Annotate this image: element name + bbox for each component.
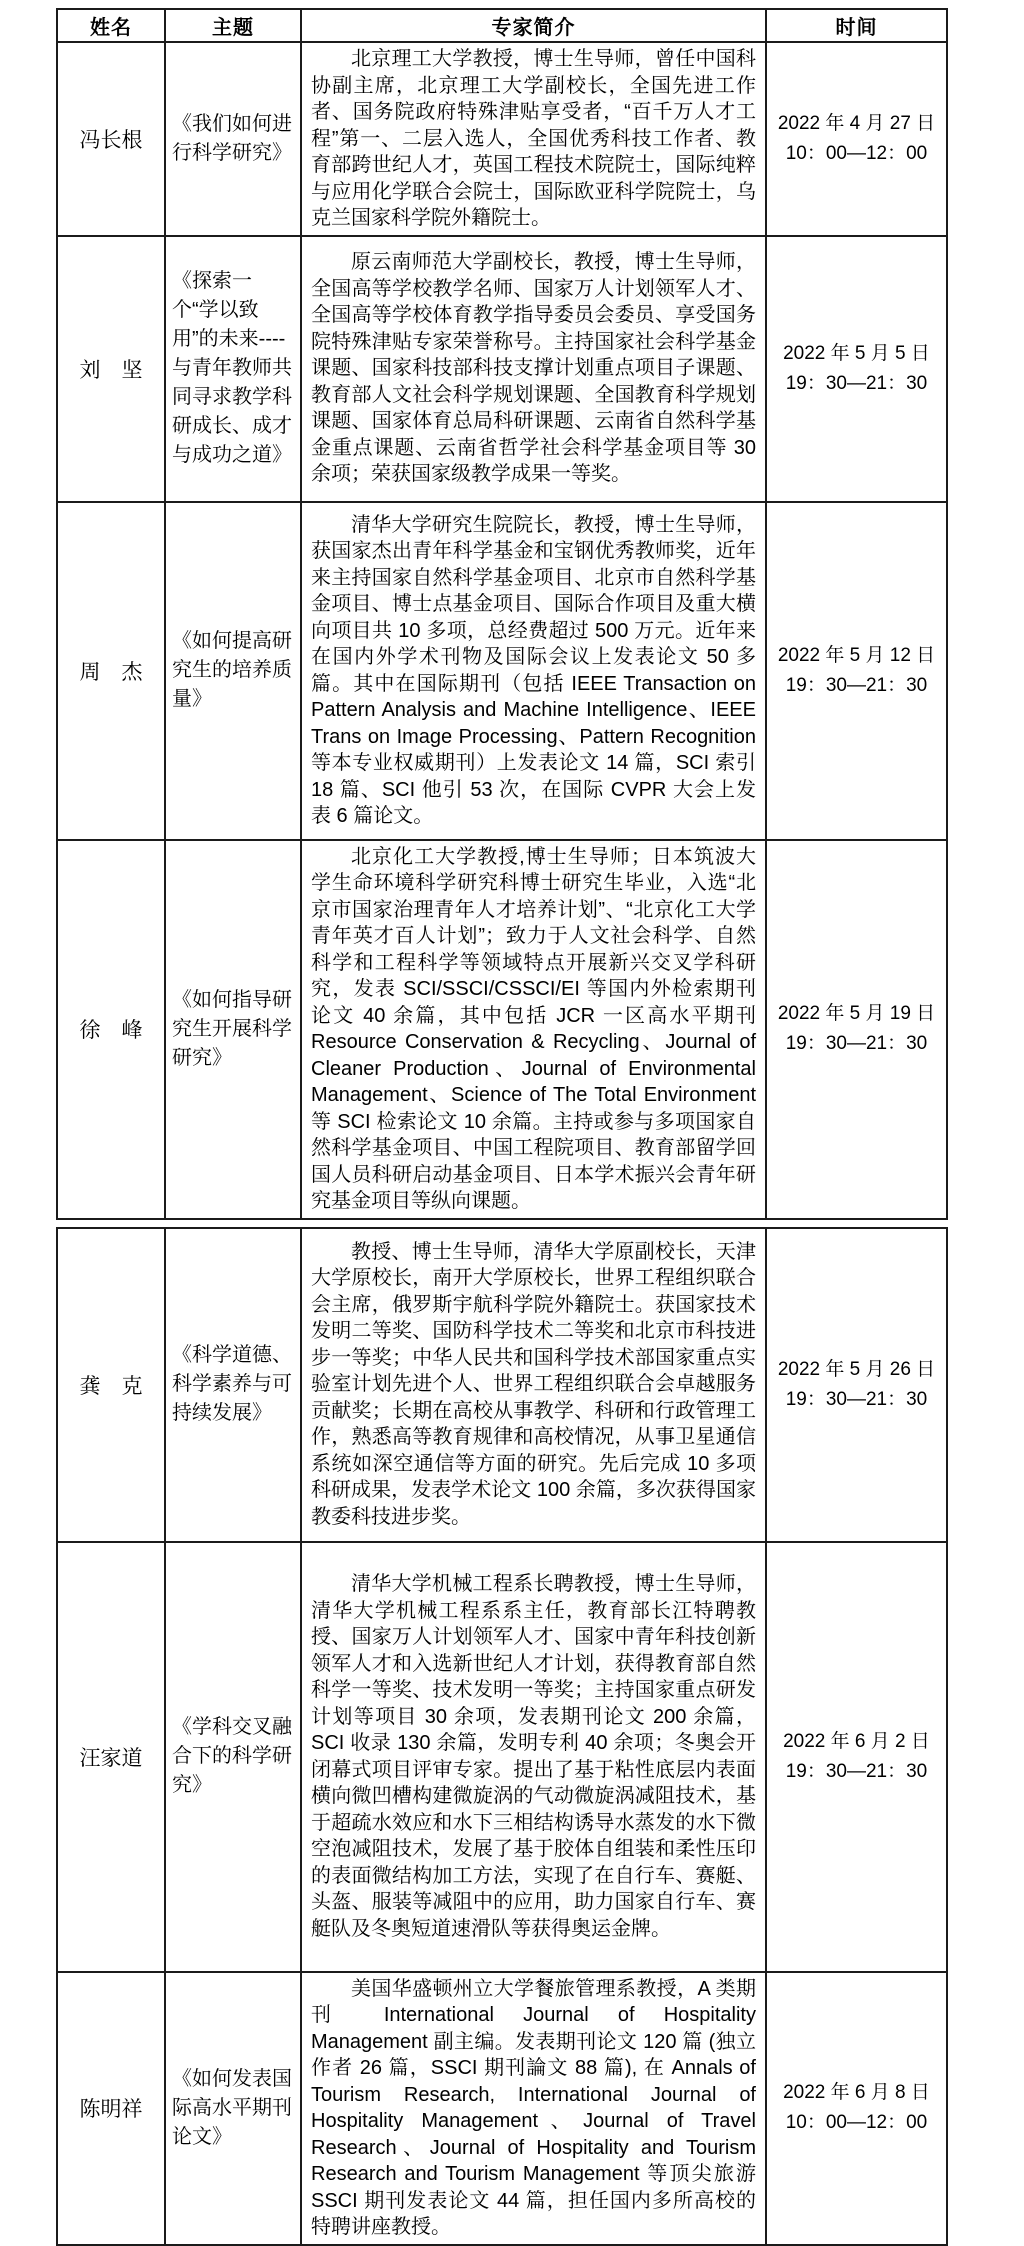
table-row: 汪家道 《学科交叉融合下的科学研究》 清华大学机械工程系长聘教授，博士生导师，清… [57,1542,947,1972]
schedule-table-wrapper: 姓名 主题 专家简介 时间 冯长根 《我们如何进行科学研究》 北京理工大学教授，… [56,8,946,2246]
name-cell: 汪家道 [57,1542,165,1972]
table-row: 冯长根 《我们如何进行科学研究》 北京理工大学教授，博士生导师，曾任中国科协副主… [57,42,947,236]
time-text: 19：30—21：30 [769,1385,944,1415]
intro-text: 原云南师范大学副校长，教授，博士生导师，全国高等学校教学名师、国家万人计划领军人… [311,249,756,488]
name-cell: 陈明祥 [57,1972,165,2245]
intro-cell: 北京化工大学教授,博士生导师；日本筑波大学生命环境科学研究科博士研究生毕业，入选… [301,840,766,1219]
document-page: 姓名 主题 专家简介 时间 冯长根 《我们如何进行科学研究》 北京理工大学教授，… [0,0,1024,2246]
time-text: 19：30—21：30 [769,1757,944,1787]
name-cell: 周 杰 [57,502,165,840]
intro-text: 清华大学研究生院院长，教授，博士生导师，获国家杰出青年科学基金和宝钢优秀教师奖，… [311,512,756,830]
intro-text: 北京化工大学教授,博士生导师；日本筑波大学生命环境科学研究科博士研究生毕业，入选… [311,844,756,1215]
intro-text: 北京理工大学教授，博士生导师，曾任中国科协副主席，北京理工大学副校长，全国先进工… [311,46,756,232]
intro-cell: 美国华盛顿州立大学餐旅管理系教授，A 类期刊 International Jou… [301,1972,766,2245]
intro-text: 美国华盛顿州立大学餐旅管理系教授，A 类期刊 International Jou… [311,1976,756,2241]
name-cell: 徐 峰 [57,840,165,1219]
time-cell: 2022 年 5 月 19 日 19：30—21：30 [766,840,947,1219]
topic-cell: 《学科交叉融合下的科学研究》 [165,1542,301,1972]
topic-cell: 《如何发表国际高水平期刊论文》 [165,1972,301,2245]
intro-text: 教授、博士生导师，清华大学原副校长，天津大学原校长，南开大学原校长，世界工程组织… [311,1239,756,1531]
date-text: 2022 年 6 月 2 日 [769,1727,944,1757]
name-cell: 刘 坚 [57,236,165,502]
name-cell: 龚 克 [57,1228,165,1542]
time-text: 19：30—21：30 [769,671,944,701]
table-row: 陈明祥 《如何发表国际高水平期刊论文》 美国华盛顿州立大学餐旅管理系教授，A 类… [57,1972,947,2245]
topic-cell: 《我们如何进行科学研究》 [165,42,301,236]
topic-cell: 《探索一个“学以致用”的未来----与青年教师共同寻求教学科研成长、成才与成功之… [165,236,301,502]
date-text: 2022 年 5 月 26 日 [769,1355,944,1385]
intro-cell: 原云南师范大学副校长，教授，博士生导师，全国高等学校教学名师、国家万人计划领军人… [301,236,766,502]
intro-text: 清华大学机械工程系长聘教授，博士生导师，清华大学机械工程系系主任，教育部长江特聘… [311,1571,756,1942]
time-cell: 2022 年 5 月 5 日 19：30—21：30 [766,236,947,502]
intro-cell: 北京理工大学教授，博士生导师，曾任中国科协副主席，北京理工大学副校长，全国先进工… [301,42,766,236]
intro-cell: 清华大学研究生院院长，教授，博士生导师，获国家杰出青年科学基金和宝钢优秀教师奖，… [301,502,766,840]
date-text: 2022 年 5 月 19 日 [769,999,944,1029]
date-text: 2022 年 5 月 12 日 [769,641,944,671]
column-header-topic: 主题 [165,9,301,42]
date-text: 2022 年 6 月 8 日 [769,2078,944,2108]
column-header-intro: 专家简介 [301,9,766,42]
table-row: 周 杰 《如何提高研究生的培养质量》 清华大学研究生院院长，教授，博士生导师，获… [57,502,947,840]
table-row: 龚 克 《科学道德、科学素养与可持续发展》 教授、博士生导师，清华大学原副校长，… [57,1228,947,1542]
topic-cell: 《如何指导研究生开展科学研究》 [165,840,301,1219]
name-cell: 冯长根 [57,42,165,236]
time-cell: 2022 年 4 月 27 日 10：00—12：00 [766,42,947,236]
intro-cell: 教授、博士生导师，清华大学原副校长，天津大学原校长，南开大学原校长，世界工程组织… [301,1228,766,1542]
column-header-name: 姓名 [57,9,165,42]
column-header-time: 时间 [766,9,947,42]
topic-cell: 《科学道德、科学素养与可持续发展》 [165,1228,301,1542]
time-text: 19：30—21：30 [769,369,944,399]
date-text: 2022 年 5 月 5 日 [769,339,944,369]
time-text: 19：30—21：30 [769,1029,944,1059]
time-cell: 2022 年 5 月 26 日 19：30—21：30 [766,1228,947,1542]
time-text: 10：00—12：00 [769,2108,944,2138]
time-text: 10：00—12：00 [769,139,944,169]
time-cell: 2022 年 6 月 8 日 10：00—12：00 [766,1972,947,2245]
intro-cell: 清华大学机械工程系长聘教授，博士生导师，清华大学机械工程系系主任，教育部长江特聘… [301,1542,766,1972]
schedule-table-part-1: 姓名 主题 专家简介 时间 冯长根 《我们如何进行科学研究》 北京理工大学教授，… [56,8,948,1220]
topic-cell: 《如何提高研究生的培养质量》 [165,502,301,840]
header-row: 姓名 主题 专家简介 时间 [57,9,947,42]
time-cell: 2022 年 5 月 12 日 19：30—21：30 [766,502,947,840]
date-text: 2022 年 4 月 27 日 [769,109,944,139]
schedule-table-part-2: 龚 克 《科学道德、科学素养与可持续发展》 教授、博士生导师，清华大学原副校长，… [56,1227,948,2246]
table-row: 刘 坚 《探索一个“学以致用”的未来----与青年教师共同寻求教学科研成长、成才… [57,236,947,502]
table-row: 徐 峰 《如何指导研究生开展科学研究》 北京化工大学教授,博士生导师；日本筑波大… [57,840,947,1219]
time-cell: 2022 年 6 月 2 日 19：30—21：30 [766,1542,947,1972]
table-page-break-gap [56,1220,946,1227]
